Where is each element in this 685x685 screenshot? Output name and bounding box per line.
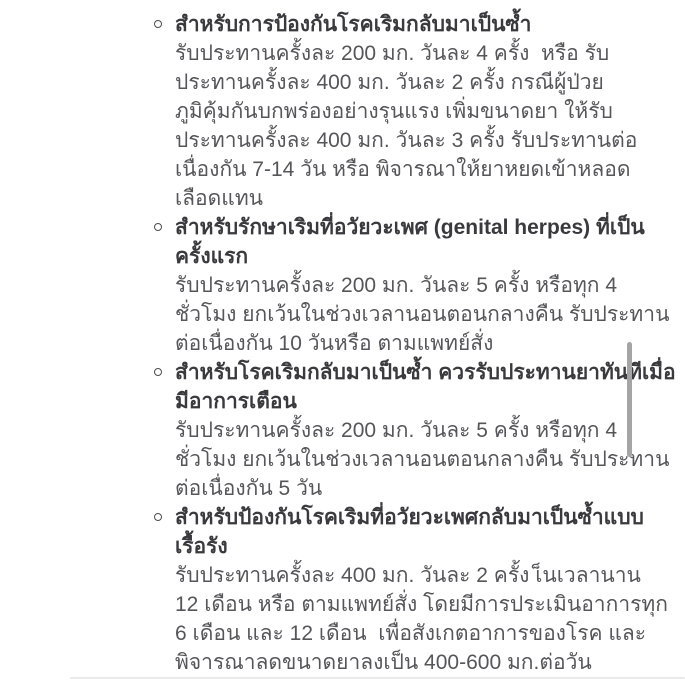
- bullet-item: สำหรับโรคเริมกลับมาเป็นซ้ำ ควรรับประทานย…: [152, 358, 642, 503]
- circle-bullet-icon: [154, 513, 162, 521]
- bullet-item: สำหรับการป้องกันโรคเริมกลับมาเป็นซ้ำรับป…: [152, 10, 642, 213]
- bullet-body-line: พิจารณาลดขนาดยาลงเป็น 400-600 มก.ต่อวัน: [175, 648, 642, 677]
- circle-bullet-icon: [154, 368, 162, 376]
- bullet-body-line: ชั่วโมง ยกเว้นในช่วงเวลานอนตอนกลางคืน รั…: [175, 300, 642, 329]
- bullet-list: สำหรับการป้องกันโรคเริมกลับมาเป็นซ้ำรับป…: [152, 10, 642, 677]
- scrollbar-thumb[interactable]: [627, 342, 632, 457]
- bullet-body-line: ชั่วโมง ยกเว้นในช่วงเวลานอนตอนกลางคืน รั…: [175, 445, 642, 474]
- bullet-heading-line: สำหรับรักษาเริมที่อวัยวะเพศ (genital her…: [175, 213, 642, 242]
- bullet-body-line: ต่อเนื่องกัน 10 วันหรือ ตามแพทย์สั่ง: [175, 329, 642, 358]
- bullet-body-line: ประทานครั้งละ 400 มก. วันละ 3 ครั้ง รับป…: [175, 126, 642, 155]
- bullet-heading-line: สำหรับโรคเริมกลับมาเป็นซ้ำ ควรรับประทานย…: [175, 358, 642, 387]
- bullet-heading-line: มีอาการเตือน: [175, 387, 642, 416]
- bullet-heading-line: สำหรับการป้องกันโรคเริมกลับมาเป็นซ้ำ: [175, 10, 642, 39]
- bullet-body-line: ภูมิคุ้มกันบกพร่องอย่างรุนแรง เพิ่มขนาดย…: [175, 97, 642, 126]
- bullet-body-line: รับประทานครั้งละ 200 มก. วันละ 5 ครั้ง ห…: [175, 416, 642, 445]
- bullet-marker-col: [152, 358, 175, 503]
- circle-bullet-icon: [154, 20, 162, 28]
- bullet-item: สำหรับป้องกันโรคเริมที่อวัยวะเพศกลับมาเป…: [152, 503, 642, 677]
- bullet-marker-col: [152, 503, 175, 677]
- bullet-body-line: รับประทานครั้งละ 200 มก. วันละ 5 ครั้ง ห…: [175, 271, 642, 300]
- bullet-marker-col: [152, 10, 175, 213]
- bullet-marker-col: [152, 213, 175, 358]
- bullet-text-block: สำหรับการป้องกันโรคเริมกลับมาเป็นซ้ำรับป…: [175, 10, 642, 213]
- bullet-text-block: สำหรับโรคเริมกลับมาเป็นซ้ำ ควรรับประทานย…: [175, 358, 642, 503]
- bullet-heading-line: เรื้อรัง: [175, 532, 642, 561]
- bullet-body-line: รับประทานครั้งละ 400 มก. วันละ 2 ครั้ง เ…: [175, 561, 642, 590]
- bullet-item: สำหรับรักษาเริมที่อวัยวะเพศ (genital her…: [152, 213, 642, 358]
- bullet-body-line: เนื่องกัน 7-14 วัน หรือ พิจารณาให้ยาหยดเ…: [175, 155, 642, 184]
- bullet-body-line: เลือดแทน: [175, 184, 642, 213]
- bullet-text-block: สำหรับป้องกันโรคเริมที่อวัยวะเพศกลับมาเป…: [175, 503, 642, 677]
- bullet-body-line: ต่อเนื่องกัน 5 วัน: [175, 474, 642, 503]
- bullet-body-line: 12 เดือน หรือ ตามแพทย์สั่ง โดยมีการประเม…: [175, 590, 642, 619]
- bullet-heading-line: สำหรับป้องกันโรคเริมที่อวัยวะเพศกลับมาเป…: [175, 503, 642, 532]
- bullet-text-block: สำหรับรักษาเริมที่อวัยวะเพศ (genital her…: [175, 213, 642, 358]
- bullet-body-line: ประทานครั้งละ 400 มก. วันละ 2 ครั้ง กรณี…: [175, 68, 642, 97]
- circle-bullet-icon: [154, 223, 162, 231]
- bullet-body-line: 6 เดือน และ 12 เดือน เพื่อสังเกตอาการของ…: [175, 619, 642, 648]
- section-divider: [70, 677, 685, 679]
- bullet-heading-line: ครั้งแรก: [175, 242, 642, 271]
- bullet-body-line: รับประทานครั้งละ 200 มก. วันละ 4 ครั้ง ห…: [175, 39, 642, 68]
- page: สำหรับการป้องกันโรคเริมกลับมาเป็นซ้ำรับป…: [0, 0, 685, 685]
